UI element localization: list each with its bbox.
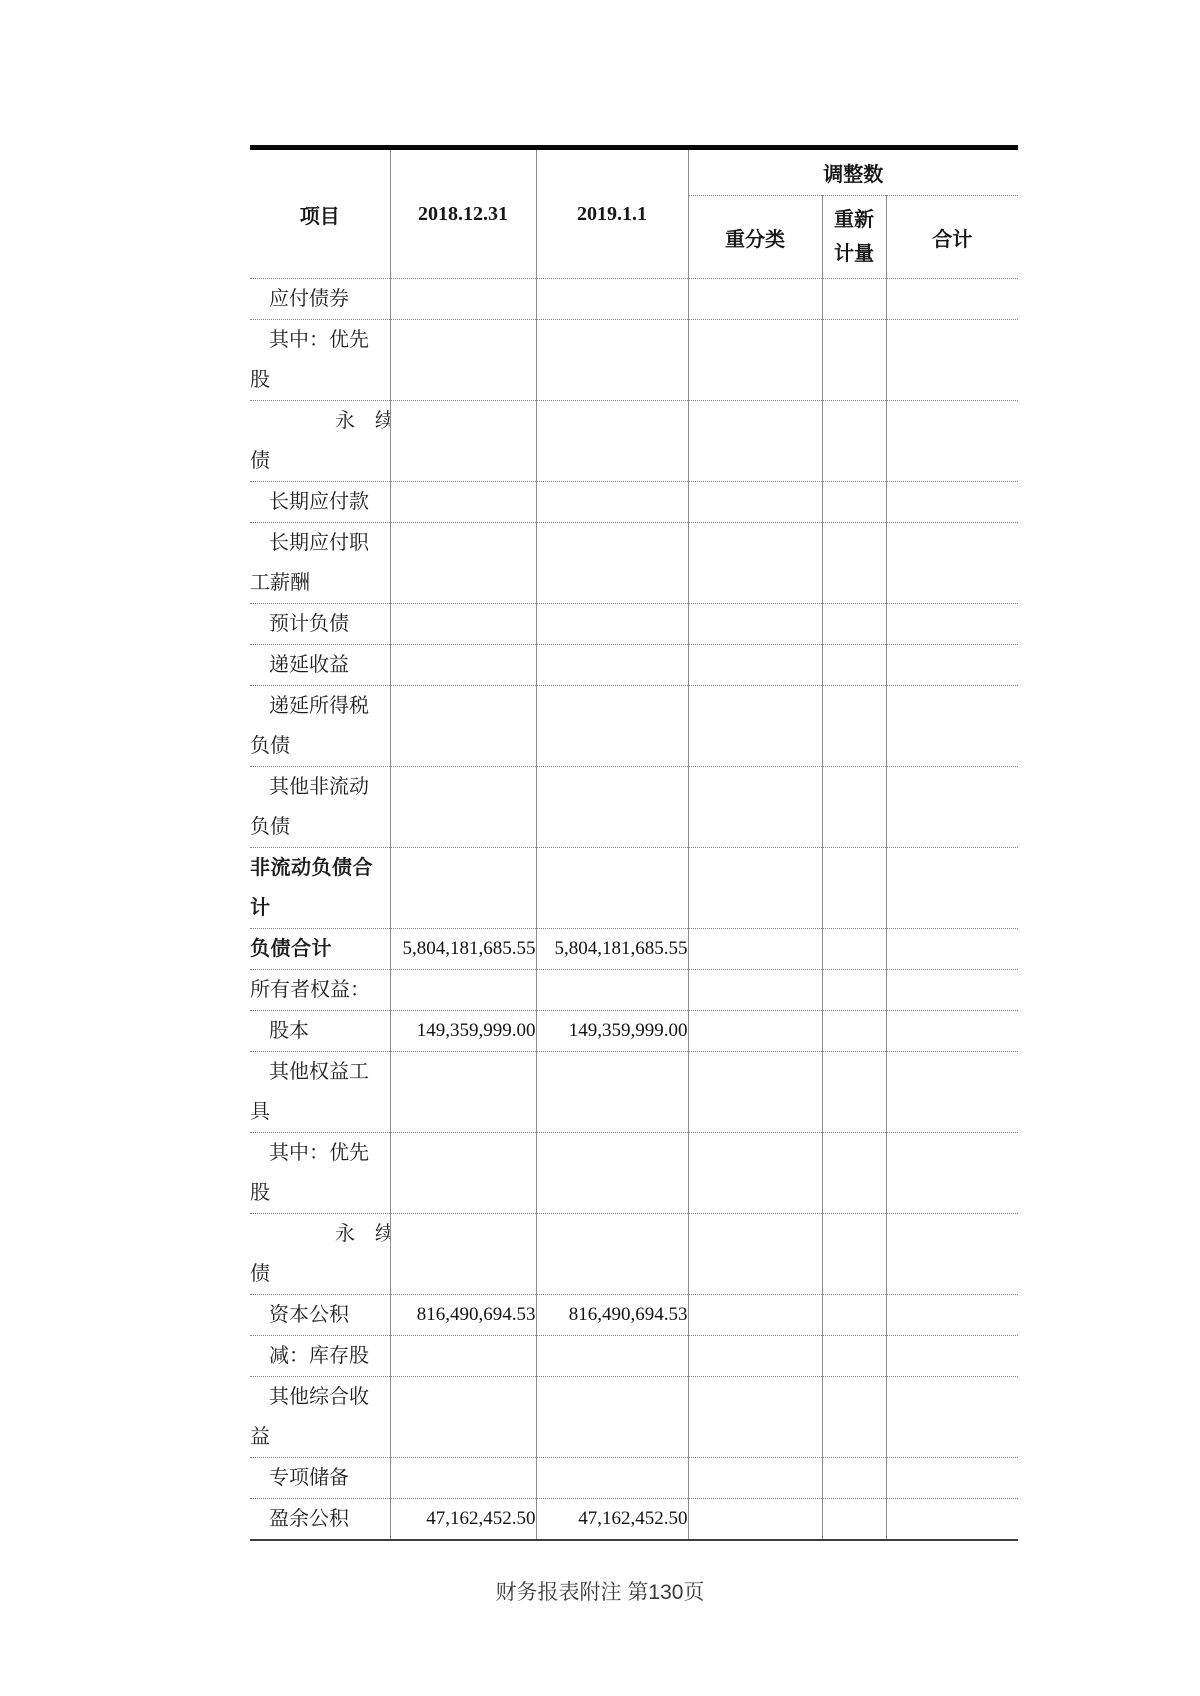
label-line: 计: [250, 888, 390, 928]
table-row: 所有者权益：: [250, 970, 1018, 1011]
table-row: 其中：优先股: [250, 320, 1018, 401]
table-body: 应付债券其中：优先股永 续债长期应付款长期应付职工薪酬预计负债递延收益递延所得税…: [250, 279, 1018, 1541]
label-line: 资本公积: [250, 1295, 390, 1335]
cell-2019: 47,162,452.50: [536, 1499, 688, 1541]
cell-reclass: [688, 604, 822, 645]
cell-reclass: [688, 1011, 822, 1052]
label-line: 专项储备: [250, 1458, 390, 1498]
row-label: 永 续债: [250, 1214, 390, 1295]
cell-remeasure: [822, 1011, 886, 1052]
cell-2019: [536, 1133, 688, 1214]
header-col-2019: 2019.1.1: [536, 148, 688, 279]
cell-remeasure: [822, 645, 886, 686]
cell-reclass: [688, 320, 822, 401]
cell-total: [886, 1052, 1018, 1133]
label-line: 其中：优先: [250, 1133, 390, 1173]
header-remeasure-line: 计量: [823, 237, 886, 271]
cell-2019: [536, 320, 688, 401]
cell-total: [886, 320, 1018, 401]
row-label: 股本: [250, 1011, 390, 1052]
cell-remeasure: [822, 848, 886, 929]
cell-reclass: [688, 401, 822, 482]
cell-2019: 5,804,181,685.55: [536, 929, 688, 970]
cell-2018: [390, 970, 536, 1011]
row-label: 非流动负债合计: [250, 848, 390, 929]
row-label: 长期应付款: [250, 482, 390, 523]
cell-remeasure: [822, 320, 886, 401]
cell-2018: [390, 523, 536, 604]
row-label: 长期应付职工薪酬: [250, 523, 390, 604]
table-row: 长期应付款: [250, 482, 1018, 523]
cell-2019: [536, 1214, 688, 1295]
cell-total: [886, 279, 1018, 320]
cell-reclass: [688, 1499, 822, 1541]
cell-total: [886, 645, 1018, 686]
cell-2018: 5,804,181,685.55: [390, 929, 536, 970]
cell-remeasure: [822, 970, 886, 1011]
header-col-2018: 2018.12.31: [390, 148, 536, 279]
cell-reclass: [688, 1133, 822, 1214]
cell-2018: [390, 1214, 536, 1295]
cell-reclass: [688, 482, 822, 523]
cell-total: [886, 482, 1018, 523]
cell-2018: [390, 604, 536, 645]
label-line: 具: [250, 1092, 390, 1132]
row-label: 所有者权益：: [250, 970, 390, 1011]
table-row: 应付债券: [250, 279, 1018, 320]
cell-total: [886, 767, 1018, 848]
label-line: 永 续: [250, 1214, 390, 1254]
cell-total: [886, 1377, 1018, 1458]
header-item: 项目: [250, 148, 390, 279]
label-line: 股本: [250, 1011, 390, 1051]
cell-2019: [536, 523, 688, 604]
table-row: 长期应付职工薪酬: [250, 523, 1018, 604]
row-label: 资本公积: [250, 1295, 390, 1336]
row-label: 专项储备: [250, 1458, 390, 1499]
label-line: 益: [250, 1417, 390, 1457]
cell-reclass: [688, 848, 822, 929]
table-header: 项目 2018.12.31 2019.1.1 调整数 重分类 重新 计量 合计: [250, 148, 1018, 279]
row-label: 递延收益: [250, 645, 390, 686]
table-row: 非流动负债合计: [250, 848, 1018, 929]
cell-2018: [390, 401, 536, 482]
table-row: 盈余公积47,162,452.5047,162,452.50: [250, 1499, 1018, 1541]
cell-remeasure: [822, 1052, 886, 1133]
label-line: 其中：优先: [250, 320, 390, 360]
cell-remeasure: [822, 1214, 886, 1295]
cell-2018: [390, 1377, 536, 1458]
cell-2019: [536, 1336, 688, 1377]
cell-reclass: [688, 929, 822, 970]
cell-reclass: [688, 1336, 822, 1377]
cell-2018: 149,359,999.00: [390, 1011, 536, 1052]
cell-2018: [390, 320, 536, 401]
row-label: 减：库存股: [250, 1336, 390, 1377]
cell-remeasure: [822, 604, 886, 645]
label-line: 盈余公积: [250, 1499, 390, 1539]
cell-total: [886, 1011, 1018, 1052]
cell-total: [886, 848, 1018, 929]
cell-2018: [390, 1133, 536, 1214]
table-row: 递延收益: [250, 645, 1018, 686]
cell-2019: [536, 848, 688, 929]
row-label: 其中：优先股: [250, 1133, 390, 1214]
cell-2019: [536, 1052, 688, 1133]
cell-total: [886, 686, 1018, 767]
cell-reclass: [688, 686, 822, 767]
cell-reclass: [688, 523, 822, 604]
row-label: 应付债券: [250, 279, 390, 320]
label-line: 减：库存股: [250, 1336, 390, 1376]
cell-2018: [390, 1052, 536, 1133]
cell-remeasure: [822, 523, 886, 604]
cell-2018: 47,162,452.50: [390, 1499, 536, 1541]
row-label: 其他非流动负债: [250, 767, 390, 848]
cell-reclass: [688, 1377, 822, 1458]
cell-2019: 149,359,999.00: [536, 1011, 688, 1052]
document-page: 项目 2018.12.31 2019.1.1 调整数 重分类 重新 计量 合计 …: [0, 0, 1200, 1696]
cell-reclass: [688, 279, 822, 320]
row-label: 负债合计: [250, 929, 390, 970]
label-line: 负债: [250, 726, 390, 766]
cell-remeasure: [822, 1295, 886, 1336]
cell-total: [886, 1133, 1018, 1214]
cell-remeasure: [822, 929, 886, 970]
label-line: 永 续: [250, 401, 390, 441]
label-line: 负债合计: [250, 929, 390, 969]
cell-2019: [536, 686, 688, 767]
label-line: 其他非流动: [250, 767, 390, 807]
table-row: 其他综合收益: [250, 1377, 1018, 1458]
cell-2018: [390, 1458, 536, 1499]
label-line: 其他权益工: [250, 1052, 390, 1092]
cell-2018: [390, 848, 536, 929]
cell-total: [886, 929, 1018, 970]
cell-total: [886, 604, 1018, 645]
cell-remeasure: [822, 482, 886, 523]
label-line: 负债: [250, 807, 390, 847]
cell-total: [886, 1336, 1018, 1377]
cell-remeasure: [822, 767, 886, 848]
table-row: 永 续债: [250, 401, 1018, 482]
cell-total: [886, 970, 1018, 1011]
label-line: 预计负债: [250, 604, 390, 644]
cell-total: [886, 401, 1018, 482]
cell-total: [886, 523, 1018, 604]
cell-remeasure: [822, 1377, 886, 1458]
cell-remeasure: [822, 1499, 886, 1541]
cell-2018: [390, 1336, 536, 1377]
cell-2018: [390, 767, 536, 848]
cell-reclass: [688, 1458, 822, 1499]
cell-total: [886, 1458, 1018, 1499]
cell-2019: [536, 604, 688, 645]
label-line: 债: [250, 441, 390, 481]
cell-2019: [536, 401, 688, 482]
table-row: 预计负债: [250, 604, 1018, 645]
label-line: 债: [250, 1254, 390, 1294]
cell-reclass: [688, 645, 822, 686]
table-row: 其中：优先股: [250, 1133, 1018, 1214]
cell-2018: 816,490,694.53: [390, 1295, 536, 1336]
cell-remeasure: [822, 279, 886, 320]
header-total: 合计: [886, 196, 1018, 279]
row-label: 其他权益工具: [250, 1052, 390, 1133]
page-footer: 财务报表附注 第130页: [0, 1576, 1200, 1606]
table-row: 专项储备: [250, 1458, 1018, 1499]
header-reclass: 重分类: [688, 196, 822, 279]
header-remeasure-line: 重新: [823, 203, 886, 237]
cell-2018: [390, 482, 536, 523]
cell-2018: [390, 645, 536, 686]
row-label: 其中：优先股: [250, 320, 390, 401]
label-line: 递延收益: [250, 645, 390, 685]
cell-remeasure: [822, 401, 886, 482]
cell-total: [886, 1499, 1018, 1541]
cell-2018: [390, 686, 536, 767]
table-row: 股本149,359,999.00149,359,999.00: [250, 1011, 1018, 1052]
cell-2019: [536, 279, 688, 320]
cell-reclass: [688, 1295, 822, 1336]
cell-2019: 816,490,694.53: [536, 1295, 688, 1336]
cell-reclass: [688, 767, 822, 848]
row-label: 预计负债: [250, 604, 390, 645]
cell-2019: [536, 1377, 688, 1458]
cell-reclass: [688, 1052, 822, 1133]
table-row: 其他权益工具: [250, 1052, 1018, 1133]
table-row: 永 续债: [250, 1214, 1018, 1295]
label-line: 股: [250, 1173, 390, 1213]
row-label: 永 续债: [250, 401, 390, 482]
cell-2019: [536, 767, 688, 848]
cell-reclass: [688, 1214, 822, 1295]
row-label: 其他综合收益: [250, 1377, 390, 1458]
cell-2019: [536, 970, 688, 1011]
label-line: 工薪酬: [250, 563, 390, 603]
label-line: 所有者权益：: [250, 970, 390, 1010]
label-line: 递延所得税: [250, 686, 390, 726]
label-line: 长期应付职: [250, 523, 390, 563]
label-line: 长期应付款: [250, 482, 390, 522]
cell-remeasure: [822, 1336, 886, 1377]
cell-reclass: [688, 970, 822, 1011]
cell-2018: [390, 279, 536, 320]
table-row: 其他非流动负债: [250, 767, 1018, 848]
row-label: 递延所得税负债: [250, 686, 390, 767]
cell-total: [886, 1295, 1018, 1336]
table-row: 负债合计5,804,181,685.555,804,181,685.55: [250, 929, 1018, 970]
table-row: 减：库存股: [250, 1336, 1018, 1377]
table-row: 递延所得税负债: [250, 686, 1018, 767]
cell-remeasure: [822, 1133, 886, 1214]
label-line: 其他综合收: [250, 1377, 390, 1417]
financial-table: 项目 2018.12.31 2019.1.1 调整数 重分类 重新 计量 合计 …: [250, 145, 1018, 1541]
table-row: 资本公积816,490,694.53816,490,694.53: [250, 1295, 1018, 1336]
cell-2019: [536, 645, 688, 686]
cell-total: [886, 1214, 1018, 1295]
cell-2019: [536, 482, 688, 523]
cell-2019: [536, 1458, 688, 1499]
header-remeasure: 重新 计量: [822, 196, 886, 279]
cell-remeasure: [822, 1458, 886, 1499]
label-line: 非流动负债合: [250, 848, 390, 888]
cell-remeasure: [822, 686, 886, 767]
row-label: 盈余公积: [250, 1499, 390, 1541]
header-adjustments: 调整数: [688, 148, 1018, 196]
label-line: 股: [250, 360, 390, 400]
label-line: 应付债券: [250, 279, 390, 319]
